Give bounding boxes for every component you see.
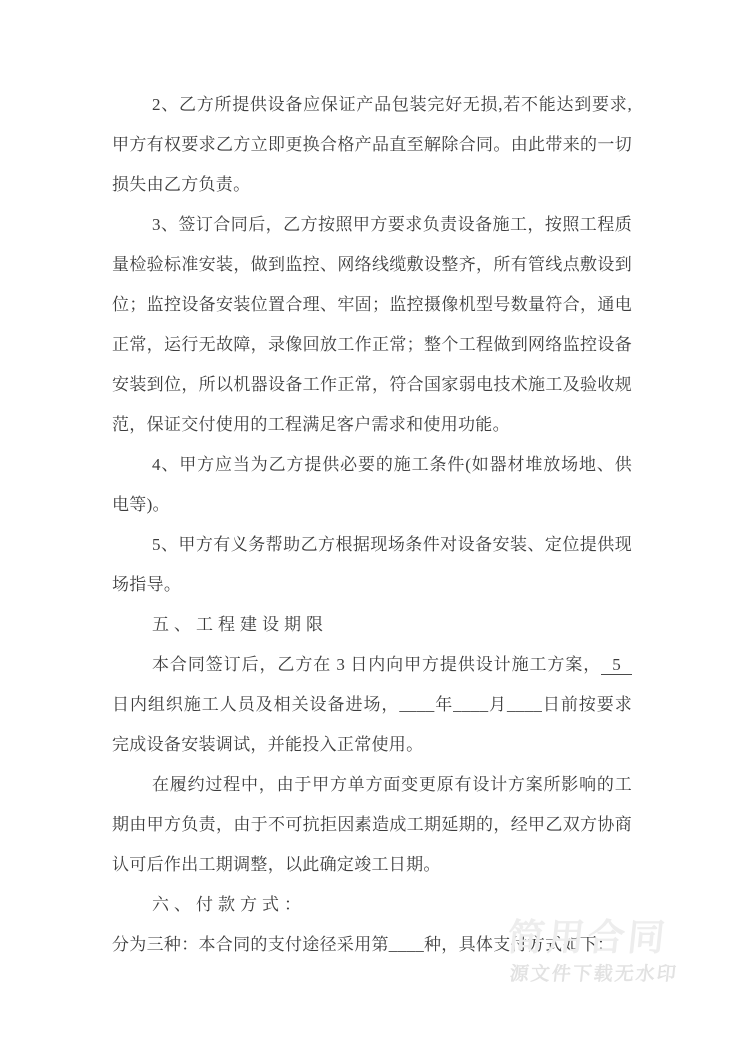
schedule-text-before-blank: 本合同签订后，乙方在 3 日内向甲方提供设计施工方案， (152, 655, 601, 674)
watermark: 简用合同 源文件下载无水印 (502, 916, 684, 990)
section-5-heading: 五、工程建设期限 (112, 605, 632, 645)
clause-2-paragraph: 2、乙方所提供设备应保证产品包装完好无损,若不能达到要求,甲方有权要求乙方立即更… (112, 85, 632, 205)
contract-body: 2、乙方所提供设备应保证产品包装完好无损,若不能达到要求,甲方有权要求乙方立即更… (112, 85, 632, 965)
section-5-delay-paragraph: 在履约过程中，由于甲方单方面变更原有设计方案所影响的工期由甲方负责，由于不可抗拒… (112, 765, 632, 885)
contract-page: 2、乙方所提供设备应保证产品包装完好无损,若不能达到要求,甲方有权要求乙方立即更… (0, 0, 742, 1049)
watermark-title: 简用合同 (505, 916, 684, 960)
clause-3-paragraph: 3、签订合同后，乙方按照甲方要求负责设备施工，按照工程质量检验标准安装，做到监控… (112, 205, 632, 445)
clause-5-paragraph: 5、甲方有义务帮助乙方根据现场条件对设备安装、定位提供现场指导。 (112, 525, 632, 605)
clause-4-paragraph: 4、甲方应当为乙方提供必要的施工条件(如器材堆放场地、供电等)。 (112, 445, 632, 525)
section-5-schedule-paragraph: 本合同签订后，乙方在 3 日内向甲方提供设计施工方案，5 日内组织施工人员及相关… (112, 645, 632, 765)
watermark-subtitle: 源文件下载无水印 (508, 960, 679, 990)
mobilization-days-blank: 5 (601, 655, 632, 675)
schedule-text-after-blank: 日内组织施工人员及相关设备进场，____年____月____日前按要求完成设备安… (112, 695, 632, 754)
